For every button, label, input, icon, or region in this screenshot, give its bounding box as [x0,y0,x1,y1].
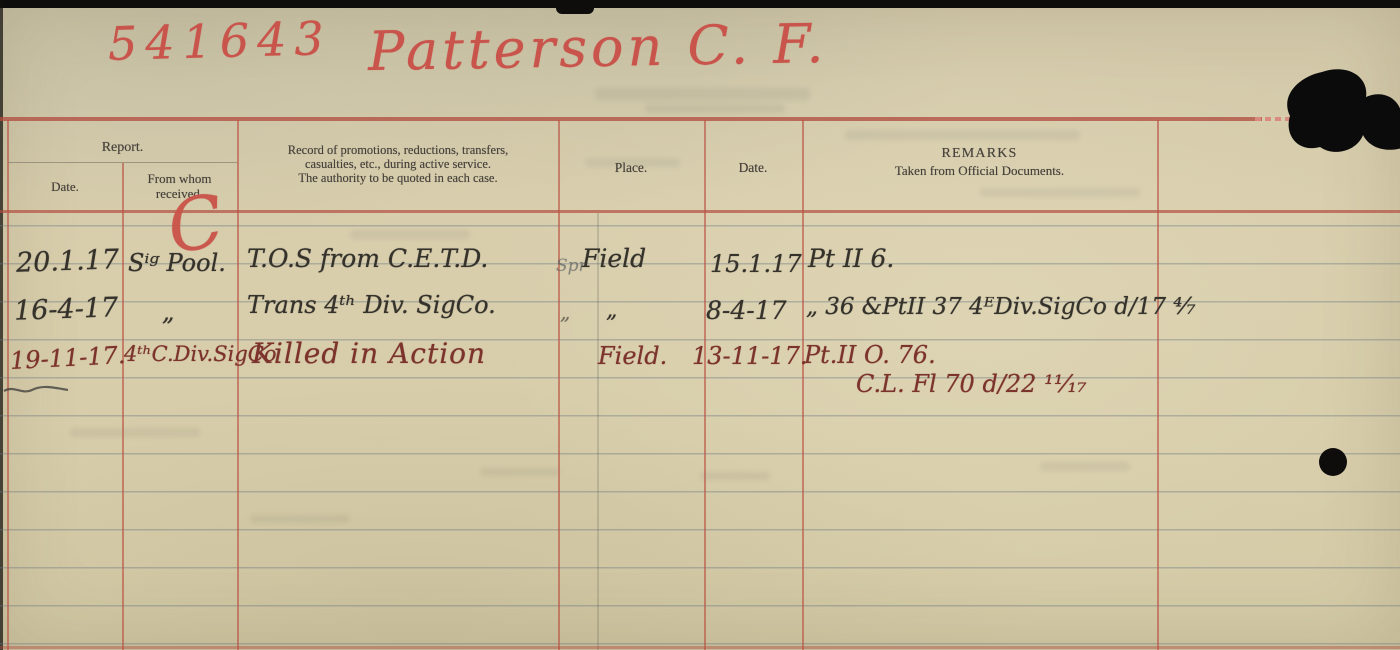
header-remarks-line2: Taken from Official Documents. [802,164,1157,179]
column-line-right [1157,120,1159,650]
column-line-report-split [122,163,124,650]
row2-place-ditto-a: „ [560,300,570,324]
row1-report-date: 20.1.17 [15,244,119,279]
show-through-smudge [595,88,810,100]
row1-record: T.O.S from C.E.T.D. [247,244,488,273]
header-date: Date. [704,160,802,175]
show-through-smudge [645,104,785,113]
header-record-line1: Record of promotions, reductions, transf… [288,143,508,157]
paper-crease [597,213,599,650]
row3-record: Killed in Action [252,337,486,370]
header-remarks-line1: REMARKS [802,146,1157,162]
row2-report-date: 16-4-17 [13,292,118,327]
table-bottom-border [0,646,1400,649]
column-line-remarks [802,120,804,650]
row2-date: 8-4-17 [706,296,787,325]
row3-remarks-line1: Pt.II O. 76. [804,341,936,369]
row2-from-whom-ditto: „ [162,298,174,326]
column-line-place [558,120,560,650]
header-record-line2: casualties, etc., during active service. [305,157,491,171]
header-report-date: Date. [8,180,122,195]
row3-place: Field. [598,342,667,370]
row2-remarks: „ 36 &PtII 37 4ᴱDiv.SigCo d/17 ⁴⁄₇ [806,294,1196,320]
show-through-smudge [980,188,1140,197]
scan-edge-notch [556,6,594,14]
row1-remarks: Pt II 6. [808,244,894,273]
row1-place: Field [582,244,646,273]
show-through-smudge [845,130,1080,140]
service-record-scan: 541643 Patterson C. F. Report. Date. Fro… [0,0,1400,650]
soldier-name: Patterson C. F. [367,12,827,83]
row2-record: Trans 4ᵗʰ Div. SigCo. [247,291,496,319]
ink-blot [1272,58,1400,163]
pencil-squiggle [2,383,72,397]
service-number: 541643 [107,11,332,71]
ruled-lines [0,225,1400,650]
report-subheader-divider [8,162,237,163]
header-report-group: Report. [8,140,237,156]
row3-remarks-line2: C.L. Fl 70 d/22 ¹¹⁄₁₇ [856,370,1087,398]
row1-from-whom: Sⁱᵍ Pool. [128,249,226,277]
hole-punch-dot [1319,448,1347,476]
row3-date: 13-11-17. [692,342,807,370]
scan-edge-top [0,0,1400,8]
column-line-record [237,120,239,650]
header-place: Place. [558,160,704,175]
column-line-date [704,120,706,650]
header-record-line3: The authority to be quoted in each case. [298,171,497,185]
table-top-border [0,117,1262,121]
row1-date: 15.1.17 [710,250,802,278]
row2-place-ditto-b: „ [606,298,617,323]
